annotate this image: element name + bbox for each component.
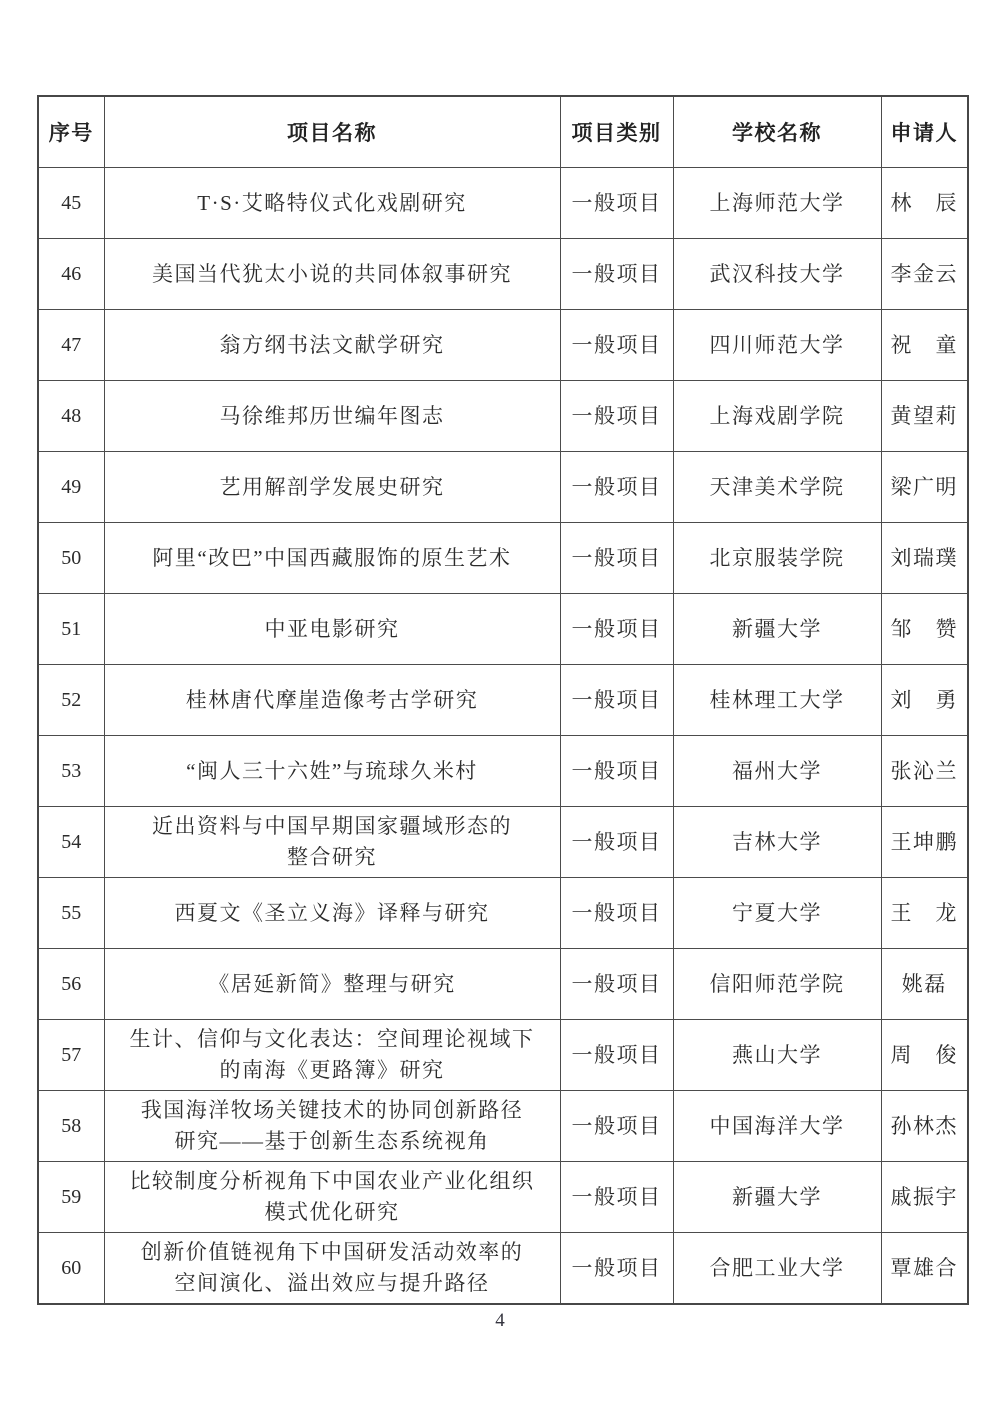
page-number: 4 <box>0 1310 1000 1332</box>
cell-project-category: 一般项目 <box>560 310 673 381</box>
column-header-project-category: 项目类别 <box>560 96 673 168</box>
cell-school-name: 宁夏大学 <box>673 878 881 949</box>
cell-school-name: 天津美术学院 <box>673 452 881 523</box>
cell-school-name: 新疆大学 <box>673 594 881 665</box>
projects-table: 序号 项目名称 项目类别 学校名称 申请人 45 T·S·艾略特仪式化戏剧研究 … <box>37 95 969 1305</box>
column-header-project-name: 项目名称 <box>104 96 560 168</box>
cell-serial-no: 53 <box>38 736 104 807</box>
column-header-school-name: 学校名称 <box>673 96 881 168</box>
document-page: 序号 项目名称 项目类别 学校名称 申请人 45 T·S·艾略特仪式化戏剧研究 … <box>0 0 1000 1415</box>
cell-applicant: 林 辰 <box>881 168 968 239</box>
cell-serial-no: 57 <box>38 1020 104 1091</box>
table-row: 45 T·S·艾略特仪式化戏剧研究 一般项目 上海师范大学 林 辰 <box>38 168 968 239</box>
cell-school-name: 福州大学 <box>673 736 881 807</box>
cell-project-category: 一般项目 <box>560 381 673 452</box>
table-row: 52 桂林唐代摩崖造像考古学研究 一般项目 桂林理工大学 刘 勇 <box>38 665 968 736</box>
cell-serial-no: 52 <box>38 665 104 736</box>
cell-school-name: 北京服装学院 <box>673 523 881 594</box>
cell-project-name: 桂林唐代摩崖造像考古学研究 <box>104 665 560 736</box>
cell-project-name: 艺用解剖学发展史研究 <box>104 452 560 523</box>
table-row: 57 生计、信仰与文化表达：空间理论视域下 的南海《更路簿》研究 一般项目 燕山… <box>38 1020 968 1091</box>
cell-applicant: 刘 勇 <box>881 665 968 736</box>
cell-serial-no: 55 <box>38 878 104 949</box>
table-row: 48 马徐维邦历世编年图志 一般项目 上海戏剧学院 黄望莉 <box>38 381 968 452</box>
cell-applicant: 孙林杰 <box>881 1091 968 1162</box>
cell-project-name: 《居延新简》整理与研究 <box>104 949 560 1020</box>
cell-school-name: 四川师范大学 <box>673 310 881 381</box>
cell-project-category: 一般项目 <box>560 523 673 594</box>
cell-project-name: 美国当代犹太小说的共同体叙事研究 <box>104 239 560 310</box>
cell-serial-no: 58 <box>38 1091 104 1162</box>
cell-school-name: 上海戏剧学院 <box>673 381 881 452</box>
cell-serial-no: 45 <box>38 168 104 239</box>
table-header-row: 序号 项目名称 项目类别 学校名称 申请人 <box>38 96 968 168</box>
table-row: 50 阿里“改巴”中国西藏服饰的原生艺术 一般项目 北京服装学院 刘瑞璞 <box>38 523 968 594</box>
table-row: 59 比较制度分析视角下中国农业产业化组织 模式优化研究 一般项目 新疆大学 戚… <box>38 1162 968 1233</box>
cell-serial-no: 60 <box>38 1233 104 1305</box>
cell-project-name: T·S·艾略特仪式化戏剧研究 <box>104 168 560 239</box>
cell-serial-no: 49 <box>38 452 104 523</box>
cell-project-name: 西夏文《圣立义海》译释与研究 <box>104 878 560 949</box>
cell-project-category: 一般项目 <box>560 452 673 523</box>
cell-project-name: 阿里“改巴”中国西藏服饰的原生艺术 <box>104 523 560 594</box>
cell-school-name: 上海师范大学 <box>673 168 881 239</box>
cell-applicant: 祝 童 <box>881 310 968 381</box>
table-row: 56 《居延新简》整理与研究 一般项目 信阳师范学院 姚磊 <box>38 949 968 1020</box>
cell-applicant: 王 龙 <box>881 878 968 949</box>
cell-school-name: 燕山大学 <box>673 1020 881 1091</box>
cell-project-name: 生计、信仰与文化表达：空间理论视域下 的南海《更路簿》研究 <box>104 1020 560 1091</box>
cell-project-category: 一般项目 <box>560 1162 673 1233</box>
table-row: 54 近出资料与中国早期国家疆域形态的 整合研究 一般项目 吉林大学 王坤鹏 <box>38 807 968 878</box>
cell-applicant: 李金云 <box>881 239 968 310</box>
cell-project-category: 一般项目 <box>560 807 673 878</box>
cell-school-name: 桂林理工大学 <box>673 665 881 736</box>
cell-applicant: 戚振宇 <box>881 1162 968 1233</box>
table-row: 47 翁方纲书法文献学研究 一般项目 四川师范大学 祝 童 <box>38 310 968 381</box>
cell-project-category: 一般项目 <box>560 736 673 807</box>
cell-applicant: 刘瑞璞 <box>881 523 968 594</box>
cell-applicant: 黄望莉 <box>881 381 968 452</box>
column-header-applicant: 申请人 <box>881 96 968 168</box>
cell-project-category: 一般项目 <box>560 1233 673 1305</box>
cell-applicant: 邹 赞 <box>881 594 968 665</box>
cell-project-category: 一般项目 <box>560 1020 673 1091</box>
cell-applicant: 梁广明 <box>881 452 968 523</box>
cell-school-name: 武汉科技大学 <box>673 239 881 310</box>
table-body: 45 T·S·艾略特仪式化戏剧研究 一般项目 上海师范大学 林 辰 46 美国当… <box>38 168 968 1305</box>
cell-project-name: 创新价值链视角下中国研发活动效率的 空间演化、溢出效应与提升路径 <box>104 1233 560 1305</box>
cell-serial-no: 56 <box>38 949 104 1020</box>
table-row: 51 中亚电影研究 一般项目 新疆大学 邹 赞 <box>38 594 968 665</box>
cell-serial-no: 51 <box>38 594 104 665</box>
cell-project-category: 一般项目 <box>560 168 673 239</box>
cell-serial-no: 50 <box>38 523 104 594</box>
cell-applicant: 王坤鹏 <box>881 807 968 878</box>
table-row: 49 艺用解剖学发展史研究 一般项目 天津美术学院 梁广明 <box>38 452 968 523</box>
cell-school-name: 合肥工业大学 <box>673 1233 881 1305</box>
cell-school-name: 吉林大学 <box>673 807 881 878</box>
cell-serial-no: 47 <box>38 310 104 381</box>
cell-project-category: 一般项目 <box>560 1091 673 1162</box>
cell-project-name: 马徐维邦历世编年图志 <box>104 381 560 452</box>
cell-project-category: 一般项目 <box>560 594 673 665</box>
cell-applicant: 覃雄合 <box>881 1233 968 1305</box>
column-header-serial-no: 序号 <box>38 96 104 168</box>
table-row: 60 创新价值链视角下中国研发活动效率的 空间演化、溢出效应与提升路径 一般项目… <box>38 1233 968 1305</box>
cell-project-category: 一般项目 <box>560 239 673 310</box>
cell-project-name: 近出资料与中国早期国家疆域形态的 整合研究 <box>104 807 560 878</box>
cell-applicant: 姚磊 <box>881 949 968 1020</box>
cell-school-name: 新疆大学 <box>673 1162 881 1233</box>
cell-project-name: 比较制度分析视角下中国农业产业化组织 模式优化研究 <box>104 1162 560 1233</box>
cell-school-name: 信阳师范学院 <box>673 949 881 1020</box>
cell-serial-no: 59 <box>38 1162 104 1233</box>
cell-serial-no: 54 <box>38 807 104 878</box>
cell-applicant: 周 俊 <box>881 1020 968 1091</box>
cell-serial-no: 48 <box>38 381 104 452</box>
cell-project-name: “闽人三十六姓”与琉球久米村 <box>104 736 560 807</box>
cell-project-name: 中亚电影研究 <box>104 594 560 665</box>
cell-applicant: 张沁兰 <box>881 736 968 807</box>
table-row: 58 我国海洋牧场关键技术的协同创新路径 研究——基于创新生态系统视角 一般项目… <box>38 1091 968 1162</box>
cell-project-category: 一般项目 <box>560 949 673 1020</box>
table-row: 53 “闽人三十六姓”与琉球久米村 一般项目 福州大学 张沁兰 <box>38 736 968 807</box>
cell-school-name: 中国海洋大学 <box>673 1091 881 1162</box>
cell-project-name: 我国海洋牧场关键技术的协同创新路径 研究——基于创新生态系统视角 <box>104 1091 560 1162</box>
cell-serial-no: 46 <box>38 239 104 310</box>
cell-project-category: 一般项目 <box>560 665 673 736</box>
table-row: 46 美国当代犹太小说的共同体叙事研究 一般项目 武汉科技大学 李金云 <box>38 239 968 310</box>
cell-project-category: 一般项目 <box>560 878 673 949</box>
cell-project-name: 翁方纲书法文献学研究 <box>104 310 560 381</box>
table-row: 55 西夏文《圣立义海》译释与研究 一般项目 宁夏大学 王 龙 <box>38 878 968 949</box>
